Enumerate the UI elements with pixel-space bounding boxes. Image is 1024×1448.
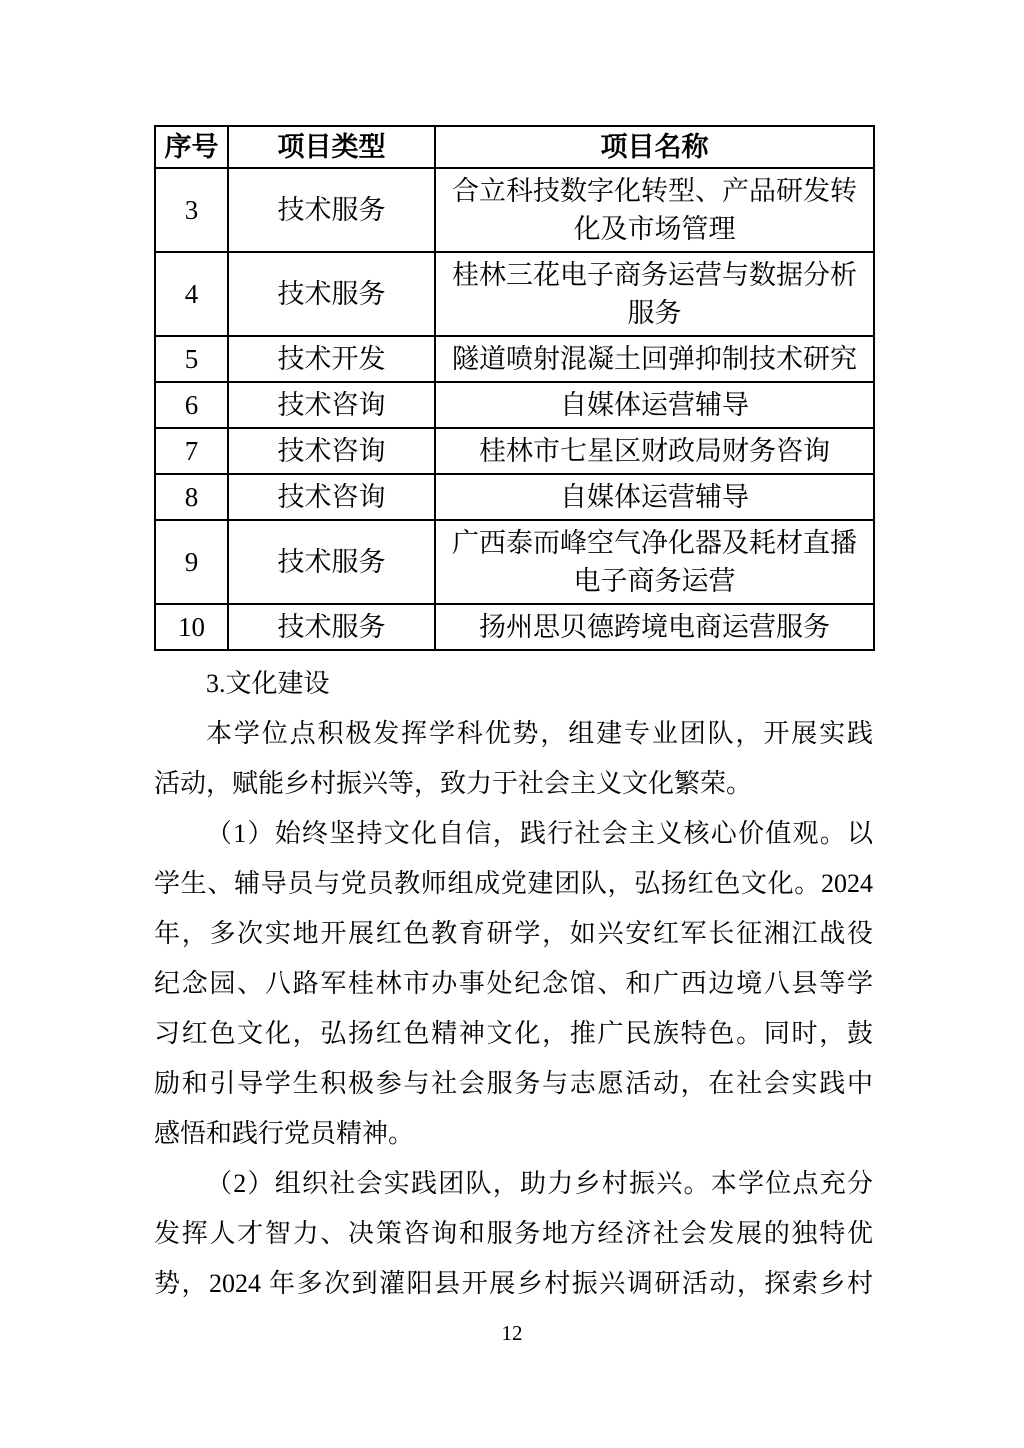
cell-project-type: 技术服务	[228, 168, 435, 252]
cell-serial: 4	[155, 252, 228, 336]
column-header-project-name: 项目名称	[435, 126, 874, 168]
cell-serial: 6	[155, 382, 228, 428]
column-header-project-type: 项目类型	[228, 126, 435, 168]
cell-project-name: 自媒体运营辅导	[435, 474, 874, 520]
cell-project-name: 扬州思贝德跨境电商运营服务	[435, 604, 874, 650]
text-line: 势，2024 年多次到灌阳县开展乡村振兴调研活动，探索乡村	[154, 1259, 873, 1309]
text-line: 发挥人才智力、决策咨询和服务地方经济社会发展的独特优	[154, 1209, 873, 1259]
section-heading: 3.文化建设	[154, 659, 873, 709]
cell-project-type: 技术咨询	[228, 474, 435, 520]
text-line: （1）始终坚持文化自信，践行社会主义核心价值观。以	[154, 809, 873, 859]
table-row: 5 技术开发 隧道喷射混凝土回弹抑制技术研究	[155, 336, 874, 382]
cell-project-name: 广西泰而峰空气净化器及耗材直播电子商务运营	[435, 520, 874, 604]
table-row: 9 技术服务 广西泰而峰空气净化器及耗材直播电子商务运营	[155, 520, 874, 604]
page-content: 序号 项目类型 项目名称 3 技术服务 合立科技数字化转型、产品研发转化及市场管…	[154, 125, 873, 1309]
text-line: 励和引导学生积极参与社会服务与志愿活动，在社会实践中	[154, 1059, 873, 1109]
table-header-row: 序号 项目类型 项目名称	[155, 126, 874, 168]
table-row: 8 技术咨询 自媒体运营辅导	[155, 474, 874, 520]
text-line: 年，多次实地开展红色教育研学，如兴安红军长征湘江战役	[154, 909, 873, 959]
table-row: 7 技术咨询 桂林市七星区财政局财务咨询	[155, 428, 874, 474]
cell-project-type: 技术服务	[228, 604, 435, 650]
cell-serial: 7	[155, 428, 228, 474]
text-line: （2）组织社会实践团队，助力乡村振兴。本学位点充分	[154, 1159, 873, 1209]
cell-serial: 3	[155, 168, 228, 252]
cell-project-type: 技术咨询	[228, 428, 435, 474]
table-row: 3 技术服务 合立科技数字化转型、产品研发转化及市场管理	[155, 168, 874, 252]
text-line: 本学位点积极发挥学科优势，组建专业团队，开展实践	[154, 709, 873, 759]
cell-project-type: 技术服务	[228, 252, 435, 336]
cell-serial: 5	[155, 336, 228, 382]
body-text: 3.文化建设 本学位点积极发挥学科优势，组建专业团队，开展实践 活动，赋能乡村振…	[154, 659, 873, 1309]
text-line: 纪念园、八路军桂林市办事处纪念馆、和广西边境八县等学	[154, 959, 873, 1009]
cell-project-type: 技术服务	[228, 520, 435, 604]
cell-serial: 10	[155, 604, 228, 650]
cell-project-name: 隧道喷射混凝土回弹抑制技术研究	[435, 336, 874, 382]
page-number: 12	[0, 1318, 1024, 1348]
table-row: 4 技术服务 桂林三花电子商务运营与数据分析服务	[155, 252, 874, 336]
text-line: 活动，赋能乡村振兴等，致力于社会主义文化繁荣。	[154, 759, 873, 809]
text-line: 感悟和践行党员精神。	[154, 1109, 873, 1159]
cell-project-name: 桂林市七星区财政局财务咨询	[435, 428, 874, 474]
text-line: 学生、辅导员与党员教师组成党建团队，弘扬红色文化。2024	[154, 859, 873, 909]
cell-serial: 8	[155, 474, 228, 520]
column-header-serial: 序号	[155, 126, 228, 168]
cell-project-name: 自媒体运营辅导	[435, 382, 874, 428]
cell-project-type: 技术开发	[228, 336, 435, 382]
table-row: 6 技术咨询 自媒体运营辅导	[155, 382, 874, 428]
table-row: 10 技术服务 扬州思贝德跨境电商运营服务	[155, 604, 874, 650]
document-page: 序号 项目类型 项目名称 3 技术服务 合立科技数字化转型、产品研发转化及市场管…	[0, 0, 1024, 1448]
text-line: 习红色文化，弘扬红色精神文化，推广民族特色。同时，鼓	[154, 1009, 873, 1059]
cell-project-name: 桂林三花电子商务运营与数据分析服务	[435, 252, 874, 336]
cell-project-type: 技术咨询	[228, 382, 435, 428]
cell-serial: 9	[155, 520, 228, 604]
cell-project-name: 合立科技数字化转型、产品研发转化及市场管理	[435, 168, 874, 252]
projects-table: 序号 项目类型 项目名称 3 技术服务 合立科技数字化转型、产品研发转化及市场管…	[154, 125, 875, 651]
